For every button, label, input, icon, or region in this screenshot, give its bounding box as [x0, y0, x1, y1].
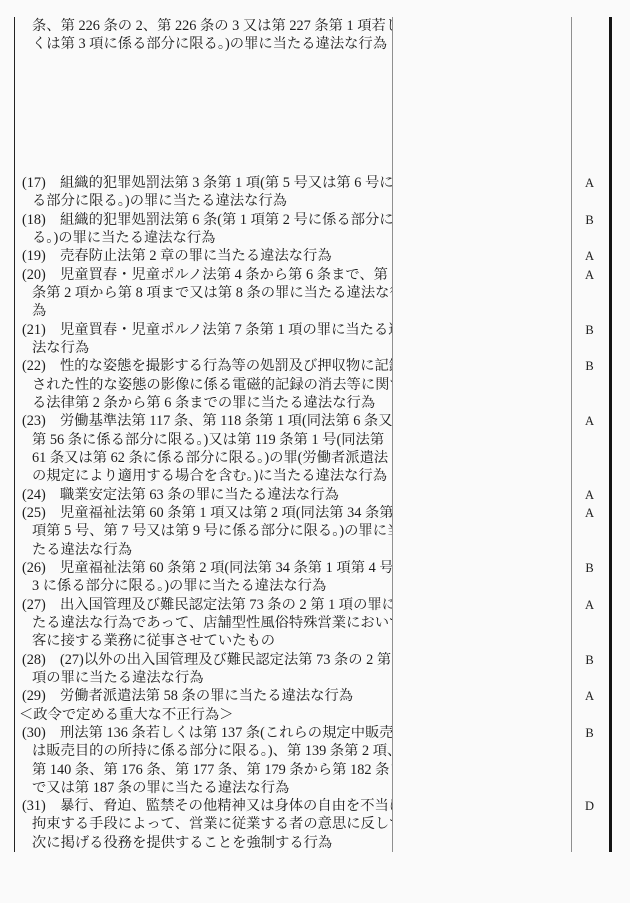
line-text: 次に掲げる役務を提供することを強制する行為	[32, 835, 332, 851]
row-line: (26)児童福祉法第 60 条第 2 項(同法第 34 条第 1 項第 4 号の	[22, 559, 387, 577]
item-number: (18)	[22, 211, 60, 229]
row-grade-cell: A	[570, 596, 609, 614]
table-row: (25)児童福祉法第 60 条第 1 項又は第 2 項(同法第 34 条第 1項…	[15, 504, 609, 559]
item-number: (24)	[22, 486, 60, 504]
table-row: (23)労働基準法第 117 条、第 118 条第 1 項(同法第 6 条又は第…	[15, 412, 609, 485]
grade-value: A	[585, 486, 594, 504]
grade-value: A	[585, 504, 594, 522]
item-number: (29)	[22, 687, 60, 705]
table-row: (26)児童福祉法第 60 条第 2 項(同法第 34 条第 1 項第 4 号の…	[15, 559, 609, 596]
row-line: (28)(27)以外の出入国管理及び難民認定法第 73 条の 2 第 1	[22, 651, 387, 669]
line-text: 売春防止法第 2 章の罪に当たる違法な行為	[60, 248, 332, 264]
row-line: る部分に限る。)の罪に当たる違法な行為	[22, 192, 387, 210]
row-line: 条第 2 項から第 8 項まで又は第 8 条の罪に当たる違法な行	[22, 284, 387, 302]
grade-value: A	[585, 266, 594, 284]
line-text: は販売目的の所持に係る部分に限る。)、第 139 条第 2 項、	[32, 743, 392, 759]
table-row: (27)出入国管理及び難民認定法第 73 条の 2 第 1 項の罪に当たる違法な…	[15, 596, 609, 651]
row-text-cell: (23)労働基準法第 117 条、第 118 条第 1 項(同法第 6 条又は第…	[15, 412, 392, 485]
grade-value: A	[585, 412, 594, 430]
line-text: 出入国管理及び難民認定法第 73 条の 2 第 1 項の罪に当	[60, 597, 392, 613]
grade-value: B	[585, 651, 593, 669]
table-row: (21)児童買春・児童ポルノ法第 7 条第 1 項の罪に当たる違法な行為 B	[15, 321, 609, 358]
line-text: 児童買春・児童ポルノ法第 4 条から第 6 条まで、第 7	[60, 267, 392, 283]
line-text: 児童福祉法第 60 条第 1 項又は第 2 項(同法第 34 条第 1	[60, 505, 392, 521]
line-text: 労働者派遣法第 58 条の罪に当たる違法な行為	[60, 688, 353, 704]
item-number: (17)	[22, 174, 60, 192]
row-grade-cell: B	[570, 724, 609, 742]
row-line: は販売目的の所持に係る部分に限る。)、第 139 条第 2 項、	[22, 742, 387, 760]
row-grade-cell: A	[570, 687, 609, 705]
row-text-cell: (31)暴行、脅迫、監禁その他精神又は身体の自由を不当に拘束する手段によって、営…	[15, 797, 392, 852]
row-grade-cell: A	[570, 174, 609, 192]
item-number: (19)	[22, 247, 60, 265]
line-text: 労働基準法第 117 条、第 118 条第 1 項(同法第 6 条又は	[60, 413, 392, 429]
table-row: (18)組織的犯罪処罰法第 6 条(第 1 項第 2 号に係る部分に限る。)の罪…	[15, 211, 609, 248]
row-grade-cell: B	[570, 651, 609, 669]
table-row: (20)児童買春・児童ポルノ法第 4 条から第 6 条まで、第 7条第 2 項か…	[15, 266, 609, 321]
line-text: る部分に限る。)の罪に当たる違法な行為	[32, 193, 287, 209]
line-text: くは第 3 項に係る部分に限る。)の罪に当たる違法な行為	[32, 36, 387, 52]
item-number: (21)	[22, 321, 60, 339]
row-line: 3 に係る部分に限る。)の罪に当たる違法な行為	[22, 577, 387, 595]
line-text: 条、第 226 条の 2、第 226 条の 3 又は第 227 条第 1 項若し	[32, 18, 392, 34]
row-line: の規定により適用する場合を含む。)に当たる違法な行為	[22, 467, 387, 485]
grade-value: B	[585, 724, 593, 742]
row-line: ＜政令で定める重大な不正行為＞	[19, 706, 387, 724]
item-number: (23)	[22, 412, 60, 430]
line-text: 拘束する手段によって、営業に従業する者の意思に反して	[32, 816, 392, 832]
table-row: 条、第 226 条の 2、第 226 条の 3 又は第 227 条第 1 項若し…	[15, 17, 609, 174]
line-text: 為	[32, 303, 46, 319]
row-line: された性的な姿態の影像に係る電磁的記録の消去等に関す	[22, 376, 387, 394]
grade-value: A	[585, 596, 594, 614]
row-grade-cell: B	[570, 211, 609, 229]
grade-value: B	[585, 211, 593, 229]
line-text: で又は第 187 条の罪に当たる違法な行為	[32, 780, 289, 796]
line-text: 客に接する業務に従事させていたもの	[32, 633, 275, 649]
grade-value: B	[585, 559, 593, 577]
row-grade-cell: B	[570, 559, 609, 577]
line-text: の規定により適用する場合を含む。)に当たる違法な行為	[32, 468, 387, 484]
grade-value: A	[585, 247, 594, 265]
row-line: 為	[22, 302, 387, 320]
row-grade-cell: A	[570, 412, 609, 430]
row-text-cell: (21)児童買春・児童ポルノ法第 7 条第 1 項の罪に当たる違法な行為	[15, 321, 392, 358]
line-text: る法律第 2 条から第 6 条までの罪に当たる違法な行為	[32, 395, 375, 411]
row-line: 法な行為	[22, 339, 387, 357]
table-border-right	[609, 17, 612, 852]
row-line: 項の罪に当たる違法な行為	[22, 669, 387, 687]
row-line: (25)児童福祉法第 60 条第 1 項又は第 2 項(同法第 34 条第 1	[22, 504, 387, 522]
table-row: (19)売春防止法第 2 章の罪に当たる違法な行為 A	[15, 247, 609, 265]
table-row: ＜政令で定める重大な不正行為＞	[15, 706, 609, 724]
line-text: 61 条又は第 62 条に係る部分に限る。)の罪(労働者派遣法	[32, 450, 388, 466]
table-row: (30)刑法第 136 条若しくは第 137 条(これらの規定中販売又は販売目的…	[15, 724, 609, 797]
line-text: された性的な姿態の影像に係る電磁的記録の消去等に関す	[32, 377, 392, 393]
grade-value: B	[585, 321, 593, 339]
row-text-cell: (27)出入国管理及び難民認定法第 73 条の 2 第 1 項の罪に当たる違法な…	[15, 596, 392, 651]
row-line: (19)売春防止法第 2 章の罪に当たる違法な行為	[22, 247, 387, 265]
row-grade-cell: A	[570, 486, 609, 504]
row-line: 項第 5 号、第 7 号又は第 9 号に係る部分に限る。)の罪に当	[22, 522, 387, 540]
table-row: (29)労働者派遣法第 58 条の罪に当たる違法な行為 A	[15, 687, 609, 705]
line-text: たる違法な行為	[32, 542, 132, 558]
item-number: (27)	[22, 596, 60, 614]
row-grade-cell	[570, 17, 609, 35]
item-number: (22)	[22, 357, 60, 375]
row-line: (17)組織的犯罪処罰法第 3 条第 1 項(第 5 号又は第 6 号に係	[22, 174, 387, 192]
row-line: (24)職業安定法第 63 条の罪に当たる違法な行為	[22, 486, 387, 504]
grade-value: A	[585, 687, 594, 705]
row-text-cell: (22)性的な姿態を撮影する行為等の処罰及び押収物に記録された性的な姿態の影像に…	[15, 357, 392, 412]
line-text: たる違法な行為であって、店舗型性風俗特殊営業において	[32, 615, 392, 631]
line-text: 性的な姿態を撮影する行為等の処罰及び押収物に記録	[60, 358, 392, 374]
row-grade-cell: B	[570, 321, 609, 339]
item-number: (31)	[22, 797, 60, 815]
line-text: 組織的犯罪処罰法第 6 条(第 1 項第 2 号に係る部分に限	[60, 212, 392, 228]
item-number: (28)	[22, 651, 60, 669]
row-line: (22)性的な姿態を撮影する行為等の処罰及び押収物に記録	[22, 357, 387, 375]
row-grade-cell: A	[570, 266, 609, 284]
row-line: 第 140 条、第 176 条、第 177 条、第 179 条から第 182 条…	[22, 761, 387, 779]
line-text: 第 140 条、第 176 条、第 177 条、第 179 条から第 182 条…	[32, 762, 392, 778]
grade-value: D	[585, 797, 594, 815]
row-text-cell: (17)組織的犯罪処罰法第 3 条第 1 項(第 5 号又は第 6 号に係る部分…	[15, 174, 392, 211]
row-text-cell: (19)売春防止法第 2 章の罪に当たる違法な行為	[15, 247, 392, 265]
row-line: たる違法な行為	[22, 541, 387, 559]
table-row: (22)性的な姿態を撮影する行為等の処罰及び押収物に記録された性的な姿態の影像に…	[15, 357, 609, 412]
row-grade-cell: A	[570, 247, 609, 265]
line-text: 条第 2 項から第 8 項まで又は第 8 条の罪に当たる違法な行	[32, 285, 392, 301]
row-line: 客に接する業務に従事させていたもの	[22, 632, 387, 650]
item-number: (26)	[22, 559, 60, 577]
row-line: (18)組織的犯罪処罰法第 6 条(第 1 項第 2 号に係る部分に限	[22, 211, 387, 229]
line-text: 組織的犯罪処罰法第 3 条第 1 項(第 5 号又は第 6 号に係	[60, 175, 392, 191]
line-text: 児童福祉法第 60 条第 2 項(同法第 34 条第 1 項第 4 号の	[60, 560, 392, 576]
line-text: 項第 5 号、第 7 号又は第 9 号に係る部分に限る。)の罪に当	[32, 523, 392, 539]
row-line: 61 条又は第 62 条に係る部分に限る。)の罪(労働者派遣法	[22, 449, 387, 467]
row-line: たる違法な行為であって、店舗型性風俗特殊営業において	[22, 614, 387, 632]
table-row: (24)職業安定法第 63 条の罪に当たる違法な行為 A	[15, 486, 609, 504]
line-text: 第 56 条に係る部分に限る。)又は第 119 条第 1 号(同法第	[32, 432, 384, 448]
row-grade-cell: B	[570, 357, 609, 375]
row-line: で又は第 187 条の罪に当たる違法な行為	[22, 779, 387, 797]
line-text: 暴行、脅迫、監禁その他精神又は身体の自由を不当に	[60, 798, 392, 814]
table-row: (31)暴行、脅迫、監禁その他精神又は身体の自由を不当に拘束する手段によって、営…	[15, 797, 609, 852]
item-number: (25)	[22, 504, 60, 522]
row-text-cell: (28)(27)以外の出入国管理及び難民認定法第 73 条の 2 第 1項の罪に…	[15, 651, 392, 688]
table-row: (17)組織的犯罪処罰法第 3 条第 1 項(第 5 号又は第 6 号に係る部分…	[15, 174, 609, 211]
item-number: (30)	[22, 724, 60, 742]
line-text: る。)の罪に当たる違法な行為	[32, 230, 215, 246]
row-line: (31)暴行、脅迫、監禁その他精神又は身体の自由を不当に	[22, 797, 387, 815]
row-line: (27)出入国管理及び難民認定法第 73 条の 2 第 1 項の罪に当	[22, 596, 387, 614]
row-grade-cell: A	[570, 504, 609, 522]
line-text: 職業安定法第 63 条の罪に当たる違法な行為	[60, 487, 339, 503]
table-rows: 条、第 226 条の 2、第 226 条の 3 又は第 227 条第 1 項若し…	[15, 17, 609, 852]
row-line: 第 56 条に係る部分に限る。)又は第 119 条第 1 号(同法第	[22, 431, 387, 449]
row-text-cell: (24)職業安定法第 63 条の罪に当たる違法な行為	[15, 486, 392, 504]
row-text-cell: (18)組織的犯罪処罰法第 6 条(第 1 項第 2 号に係る部分に限る。)の罪…	[15, 211, 392, 248]
line-text: 刑法第 136 条若しくは第 137 条(これらの規定中販売又	[60, 725, 392, 741]
row-line: (20)児童買春・児童ポルノ法第 4 条から第 6 条まで、第 7	[22, 266, 387, 284]
row-grade-cell	[570, 706, 609, 724]
row-text-cell: (29)労働者派遣法第 58 条の罪に当たる違法な行為	[15, 687, 392, 705]
row-text-cell: (25)児童福祉法第 60 条第 1 項又は第 2 項(同法第 34 条第 1項…	[15, 504, 392, 559]
line-text: 3 に係る部分に限る。)の罪に当たる違法な行為	[32, 578, 326, 594]
line-text: 項の罪に当たる違法な行為	[32, 670, 204, 686]
row-text-cell: (30)刑法第 136 条若しくは第 137 条(これらの規定中販売又は販売目的…	[15, 724, 392, 797]
row-grade-cell: D	[570, 797, 609, 815]
row-line: る。)の罪に当たる違法な行為	[22, 229, 387, 247]
row-text-cell: 条、第 226 条の 2、第 226 条の 3 又は第 227 条第 1 項若し…	[15, 17, 392, 54]
item-number: (20)	[22, 266, 60, 284]
line-text: 児童買春・児童ポルノ法第 7 条第 1 項の罪に当たる違	[60, 322, 392, 338]
row-line: (30)刑法第 136 条若しくは第 137 条(これらの規定中販売又	[22, 724, 387, 742]
line-text: (27)以外の出入国管理及び難民認定法第 73 条の 2 第 1	[60, 652, 392, 668]
row-line: る法律第 2 条から第 6 条までの罪に当たる違法な行為	[22, 394, 387, 412]
row-text-cell: (20)児童買春・児童ポルノ法第 4 条から第 6 条まで、第 7条第 2 項か…	[15, 266, 392, 321]
row-text-cell: (26)児童福祉法第 60 条第 2 項(同法第 34 条第 1 項第 4 号の…	[15, 559, 392, 596]
grade-value: B	[585, 357, 593, 375]
row-line: 次に掲げる役務を提供することを強制する行為	[22, 834, 387, 852]
row-text-cell: ＜政令で定める重大な不正行為＞	[15, 706, 392, 724]
line-text: ＜政令で定める重大な不正行為＞	[19, 707, 233, 723]
document-page: 条、第 226 条の 2、第 226 条の 3 又は第 227 条第 1 項若し…	[0, 0, 630, 903]
row-line: (29)労働者派遣法第 58 条の罪に当たる違法な行為	[22, 687, 387, 705]
table-row: (28)(27)以外の出入国管理及び難民認定法第 73 条の 2 第 1項の罪に…	[15, 651, 609, 688]
line-text: 法な行為	[32, 340, 89, 356]
row-line: 条、第 226 条の 2、第 226 条の 3 又は第 227 条第 1 項若し	[22, 17, 387, 35]
grade-value: A	[585, 174, 594, 192]
row-line: (23)労働基準法第 117 条、第 118 条第 1 項(同法第 6 条又は	[22, 412, 387, 430]
row-line: 拘束する手段によって、営業に従業する者の意思に反して	[22, 815, 387, 833]
row-line: くは第 3 項に係る部分に限る。)の罪に当たる違法な行為	[22, 35, 387, 53]
row-line: (21)児童買春・児童ポルノ法第 7 条第 1 項の罪に当たる違	[22, 321, 387, 339]
